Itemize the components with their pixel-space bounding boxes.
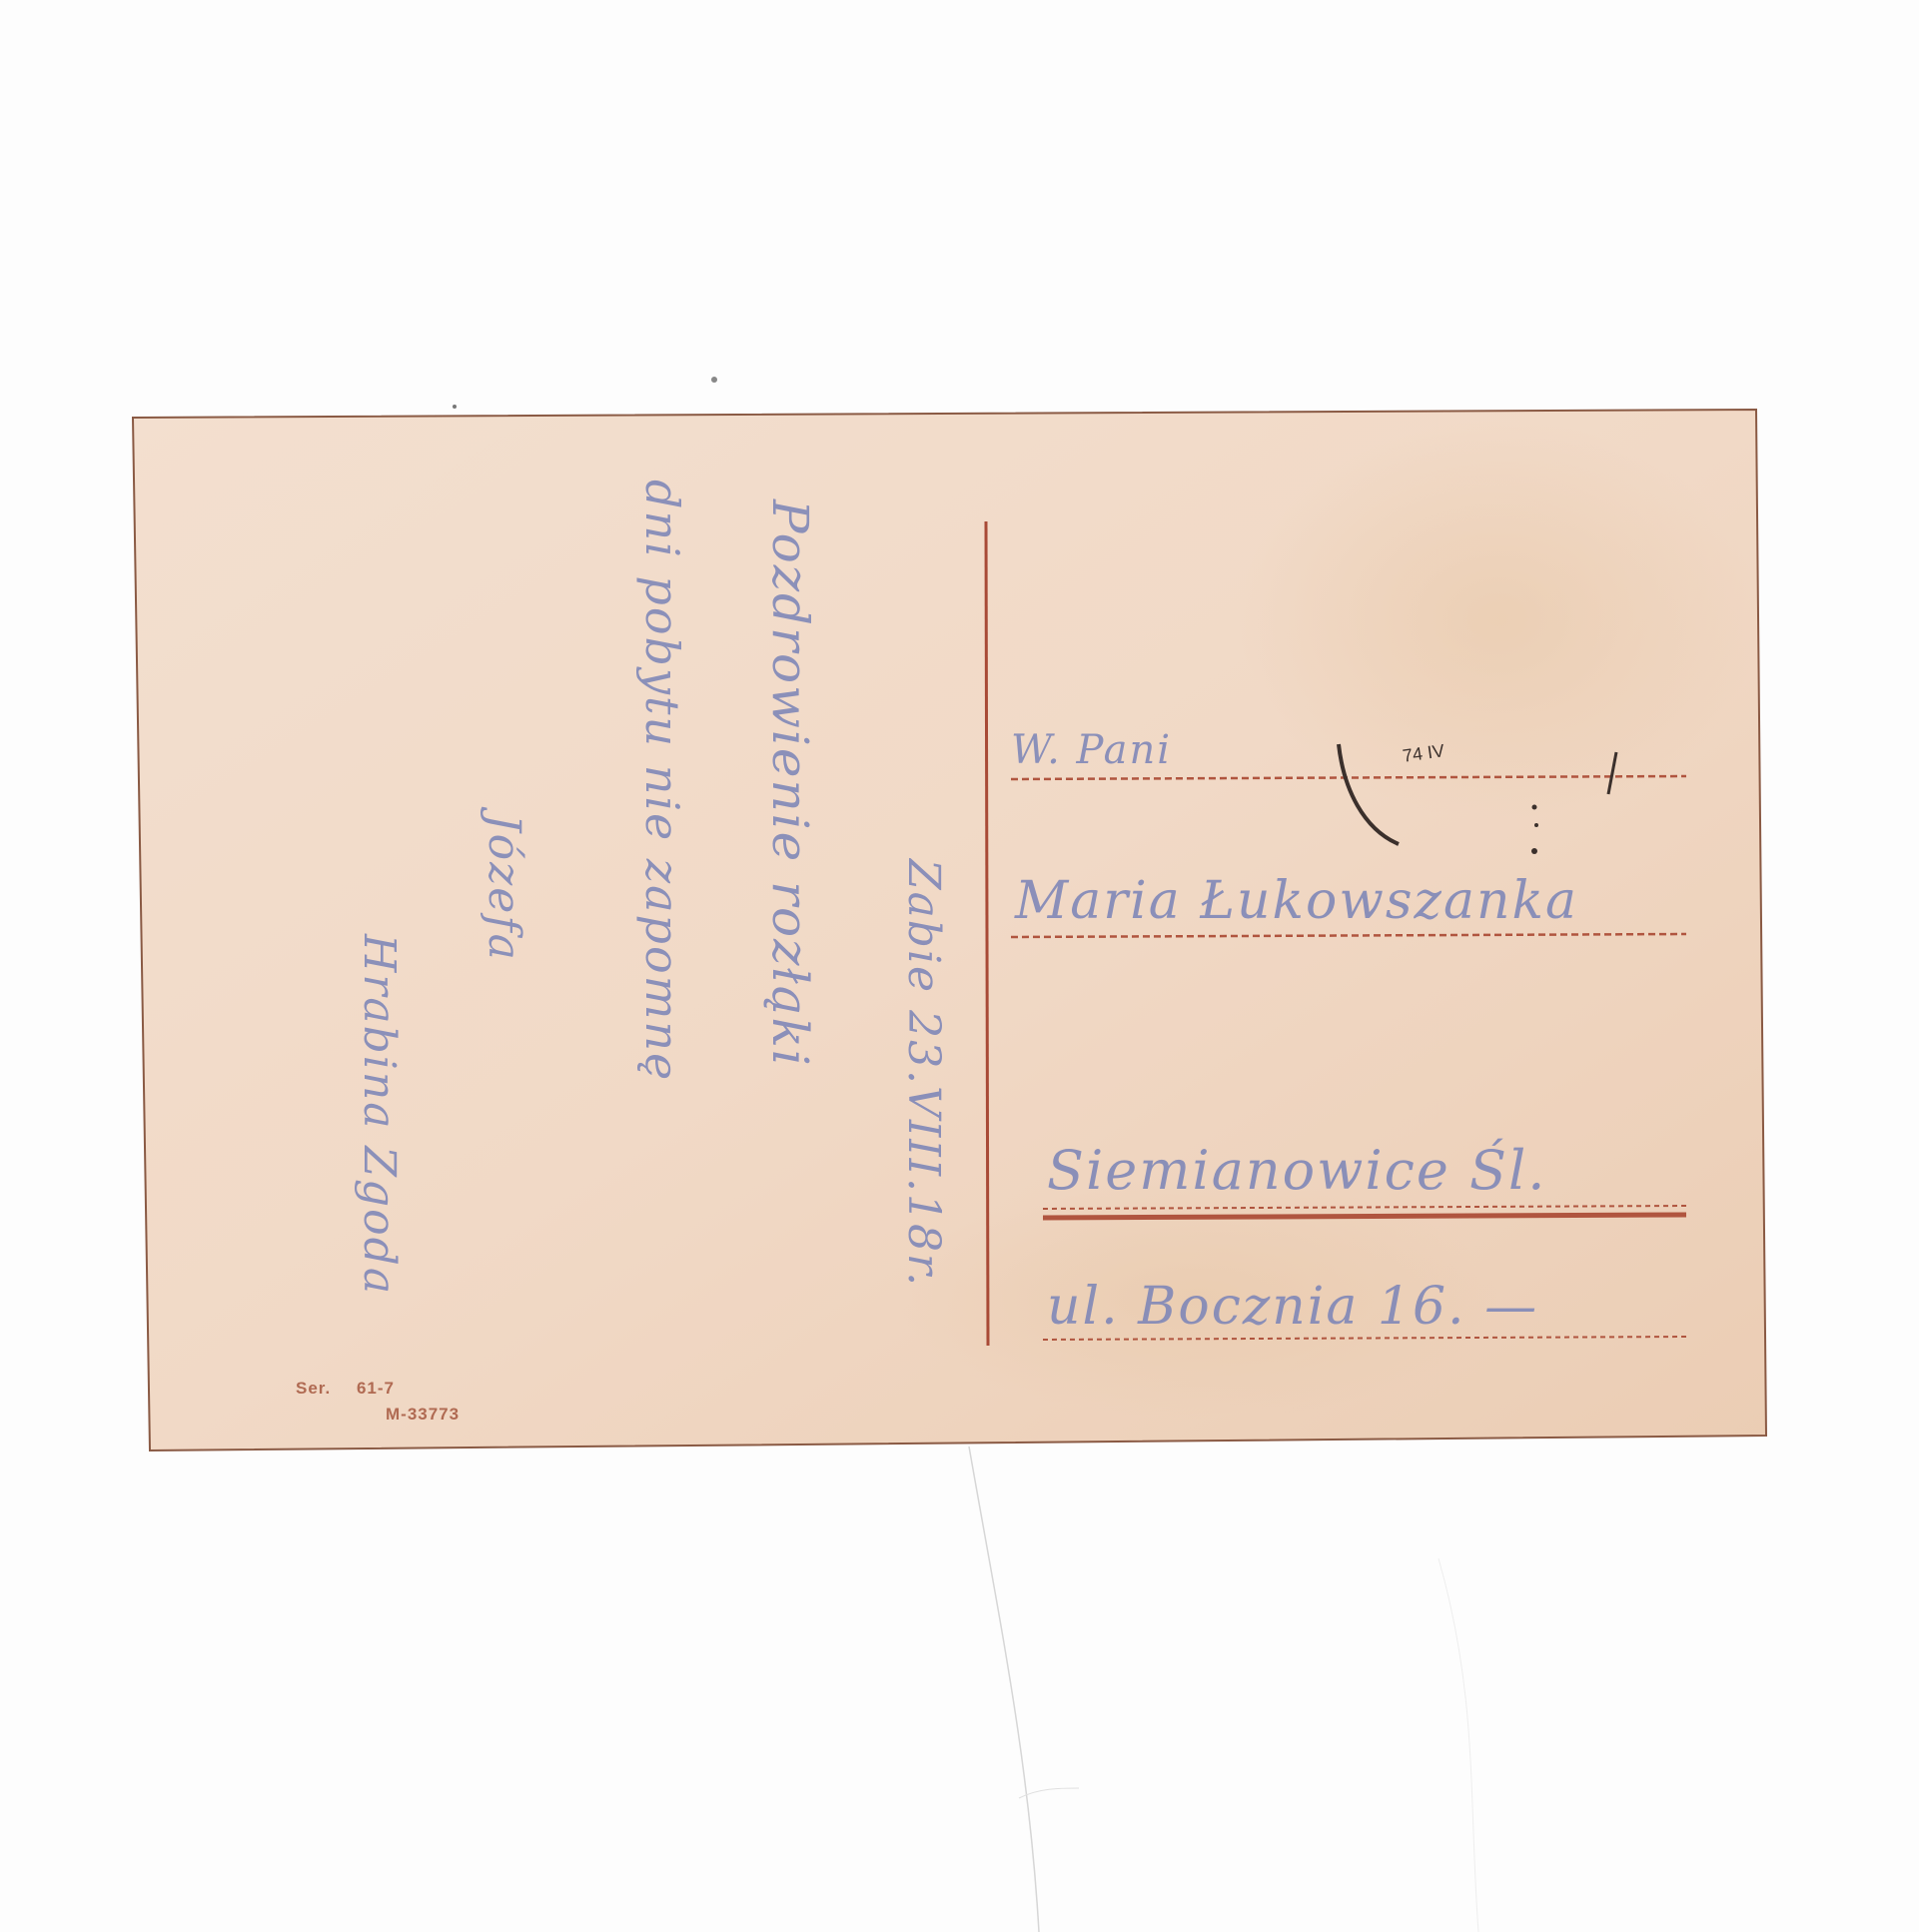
message-line-1: Pozdrowienie rozłąki	[761, 499, 819, 1068]
postcard	[0, 0, 1919, 1932]
series-label: Ser.	[296, 1379, 331, 1398]
message-line-2: dni pobytu nie zapomnę	[635, 480, 689, 1082]
print-series: Ser. 61-7	[296, 1380, 395, 1398]
message-signature: Hrabina Zgoda	[354, 934, 405, 1296]
divider-line	[986, 521, 988, 1346]
address-city: Siemianowice Śl.	[1047, 1139, 1546, 1202]
message-closing: Józefa	[479, 814, 529, 962]
print-code: M-33773	[386, 1406, 460, 1424]
address-line-city-solid	[1043, 1215, 1686, 1218]
series-number: 61-7	[357, 1379, 395, 1398]
address-street: ul. Bocznia 16. —	[1047, 1277, 1538, 1337]
address-recipient: Maria Łukowszanka	[1015, 871, 1578, 931]
address-salutation: W. Pani	[1011, 727, 1172, 773]
message-date: Zabie 23.VIII.18r.	[898, 859, 949, 1288]
